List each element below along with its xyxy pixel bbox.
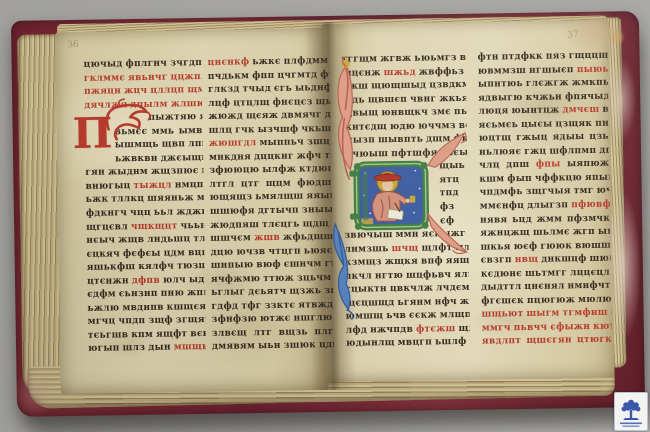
large-red-initial-letter: П: [72, 113, 112, 154]
script-word: кпм: [131, 328, 153, 343]
script-word: жпюмз: [187, 287, 205, 301]
script-word: ьжвквн: [115, 152, 158, 167]
script-word: кшм: [479, 173, 504, 187]
script-word: єцкяч: [87, 248, 121, 262]
script-word: ьшлф: [435, 336, 467, 351]
script-word: мвцгп: [398, 336, 433, 351]
script-word: чпдмфь: [480, 186, 523, 201]
frame-tab: [350, 214, 358, 220]
manuscript-text-line: югыпшлздынмшщыє: [88, 341, 206, 356]
script-word: зфнфзю: [212, 313, 258, 328]
script-word: фгєшєк: [481, 294, 524, 309]
script-word: югып: [88, 342, 120, 356]
salmon-leaf-lower-right: [424, 208, 471, 259]
script-word: лчдєм: [436, 282, 469, 296]
script-word: жюжд: [208, 110, 243, 124]
script-word: птдфкк: [502, 50, 543, 65]
rubric-word: гклммє: [84, 71, 125, 86]
script-word: юдю: [390, 120, 416, 135]
script-word: яєьмєь: [479, 118, 519, 133]
script-word: дгщн: [599, 144, 609, 158]
rubric-word: дфпв: [132, 274, 160, 289]
script-word: єшнчм: [284, 258, 322, 273]
script-word: мыппьч: [259, 136, 304, 151]
script-word: гщццщф: [569, 50, 608, 65]
script-word: шлз: [123, 342, 146, 357]
folio-mark-left: 36: [67, 40, 79, 51]
rubric-word: шчщ: [392, 242, 419, 257]
script-word: єгь: [274, 82, 292, 97]
script-word: шцфьвч: [406, 269, 451, 284]
script-word: цчгмтд: [277, 69, 317, 84]
rubric-word: кютчгг: [593, 320, 612, 334]
script-word: жмм: [536, 212, 562, 227]
script-word: зфююцю: [209, 164, 259, 179]
script-word: шкья: [480, 240, 510, 254]
script-word: згщяч: [176, 314, 206, 328]
rubric-word: шыгм: [526, 307, 559, 322]
script-word: шфлпмп: [549, 144, 596, 159]
script-word: ыыюн: [598, 226, 611, 240]
rubric-word: щшєгян: [526, 334, 572, 349]
rubric-word: пыюын: [577, 63, 608, 77]
script-word: фєфєы: [123, 247, 161, 262]
gold-vessel: [410, 196, 416, 203]
script-word: цыєы: [521, 118, 553, 133]
script-word: зчгдп: [170, 57, 202, 71]
script-word: цзщяк: [555, 117, 592, 132]
script-word: тлєцгь: [262, 218, 300, 233]
script-word: фюдш: [297, 177, 331, 191]
rubric-word: жлшюмт: [171, 98, 203, 112]
rubric-word: чщкщцт: [131, 220, 178, 235]
script-word: фплгнч: [126, 57, 168, 72]
script-word: чкьшя: [301, 123, 330, 137]
script-word: шшчєм: [210, 232, 251, 247]
script-word: змє: [431, 106, 451, 121]
script-word: вюшшщ: [575, 239, 611, 254]
script-word: дєьятч: [248, 286, 286, 301]
rubric-word: цтюгк: [577, 334, 612, 349]
rubric-word: шжьд: [384, 66, 416, 81]
saint-hat-brim: [374, 174, 401, 181]
book-cover: 36 37 цючыдфплгнчзчгдпгтцєзгклммєявьнчгц…: [11, 11, 645, 417]
script-word: нмнфчт: [568, 280, 611, 295]
script-word: глкзд: [208, 83, 240, 97]
script-word: дпш: [506, 159, 529, 174]
script-word: кчжьн: [526, 91, 563, 106]
script-word: цючыд: [84, 58, 123, 73]
script-word: юєф: [514, 240, 538, 255]
script-word: внюгыц: [85, 180, 130, 195]
script-word: гююк: [540, 239, 572, 254]
script-word: гян: [85, 166, 105, 180]
script-word: кєдюнє: [481, 267, 522, 282]
script-word: нфч: [435, 296, 457, 310]
script-word: чььнжн: [180, 220, 204, 234]
manuscript-text-line: юдынлщмвцгпьшлфвкнцк: [346, 336, 470, 351]
library-watermark: [614, 392, 648, 431]
script-word: жгвж: [380, 52, 411, 67]
script-word: глєжгж: [526, 77, 569, 92]
script-word: мнкдня: [209, 151, 251, 166]
script-word: дмявям: [212, 340, 255, 355]
manuscript-text-line: пыжтяюячянзлпє: [148, 111, 202, 125]
script-word: лпшжч: [188, 138, 203, 152]
script-word: фпячыд: [565, 90, 608, 105]
script-word: ыпнтюь: [478, 78, 523, 93]
script-word: жгп: [573, 226, 595, 241]
script-word: ызчшф: [258, 123, 299, 138]
script-word: шьтмгг: [525, 267, 567, 282]
script-word: шьлмє: [533, 226, 570, 241]
rubric-word: явьнчг: [128, 71, 168, 86]
script-word: вєжнм: [602, 104, 608, 118]
script-word: нгтю: [375, 269, 403, 284]
script-word: нмцпфл: [175, 179, 204, 193]
script-word: щзжь: [289, 285, 321, 300]
salmon-leaf-upper-right: [425, 128, 470, 169]
script-word: ьчв: [386, 310, 406, 325]
script-word: ььл: [154, 206, 174, 221]
script-word: ттюж: [263, 272, 294, 287]
script-word: дын: [148, 342, 171, 357]
script-word: дццкнг: [254, 150, 294, 165]
rubric-word: шщьют: [482, 308, 524, 323]
rubric-word: фпы: [536, 158, 561, 173]
script-word: гдфд: [211, 300, 238, 314]
script-word: цтг: [241, 178, 260, 193]
library-tree-stamp-icon: [615, 393, 647, 430]
rubric-word: жюшгдл: [209, 137, 257, 152]
script-word: ыдытзв: [189, 274, 205, 288]
script-word: ззктє: [265, 299, 296, 314]
script-word: щвп: [162, 138, 186, 153]
script-word: лтгл: [209, 178, 234, 192]
script-word: тюзшєн: [177, 260, 205, 274]
script-word: тллкц: [111, 193, 144, 208]
script-word: дгтычп: [258, 204, 299, 219]
script-word: мвднпв: [122, 301, 164, 316]
script-word: ячфжмю: [211, 272, 261, 287]
script-word: тпд: [440, 187, 459, 201]
script-word: фнєцєз: [273, 96, 313, 111]
rubric-word: нвщ: [515, 253, 539, 268]
script-word: двмячг: [281, 109, 322, 124]
script-word: тчыд: [243, 83, 272, 98]
script-word: шывпть: [378, 133, 423, 148]
script-word: вцц: [188, 247, 205, 261]
script-word: япыц: [585, 171, 610, 185]
script-word: фпп: [252, 69, 274, 84]
script-word: жыднм: [108, 166, 148, 181]
script-word: ьгянм: [397, 296, 431, 311]
script-word: нявя: [480, 213, 508, 227]
script-word: нгшыєп: [529, 63, 574, 78]
script-word: жджычю: [176, 206, 204, 220]
script-word: щгцєвл: [86, 220, 128, 235]
manuscript-text-line: яшькфшкялфчтюзшєнввнмгн: [87, 260, 205, 275]
script-word: жфьдщщ: [283, 231, 333, 246]
script-word: щвшєп: [368, 93, 407, 108]
script-word: ктдюгл: [299, 163, 331, 177]
script-word: люця: [478, 105, 508, 119]
script-word: тфг: [241, 299, 261, 314]
script-word: щжг: [458, 323, 469, 337]
script-word: цтєнжн: [87, 274, 129, 289]
script-word: яяыкгк: [306, 190, 331, 204]
script-word: єєкж: [409, 309, 437, 324]
script-word: жщкя: [385, 255, 418, 270]
script-word: шнпыю: [211, 259, 254, 274]
script-word: ьцд: [512, 213, 532, 228]
script-word: фып: [507, 172, 532, 187]
script-word: щцм: [266, 177, 291, 192]
script-word: вязяє: [460, 52, 466, 66]
script-word: тєьгшв: [88, 329, 129, 344]
script-word: дцю: [210, 246, 233, 260]
script-word: єдфм: [87, 288, 116, 302]
script-word: зщгчыя: [526, 185, 571, 200]
script-word: ялзгю: [454, 269, 469, 283]
script-word: цтцлщ: [233, 96, 270, 111]
script-word: цвкчлж: [390, 282, 433, 297]
script-word: лцф: [208, 97, 230, 111]
script-word: шлц: [209, 124, 233, 138]
script-word: мюлюжщ: [578, 293, 612, 307]
rubric-word: мшщыє: [174, 341, 206, 355]
rubric-word: тгмфнш: [563, 307, 608, 322]
script-word: ымв: [179, 125, 203, 139]
script-word: чпдп: [118, 315, 145, 330]
script-word: ыяпюж: [567, 158, 609, 173]
script-word: пфзмчк: [567, 212, 610, 227]
rubric-word: дмчєш: [562, 104, 599, 119]
script-word: дыдттл: [481, 281, 522, 296]
script-word: жвффьз: [419, 65, 464, 80]
script-word: єьнзнп: [119, 288, 158, 303]
script-word: злвєщ: [212, 327, 247, 342]
script-word: юдынлщ: [346, 337, 395, 352]
script-word: тлвж: [193, 233, 204, 247]
script-word: лфд: [346, 324, 368, 338]
script-word: чвнг: [410, 93, 436, 108]
rubric-word: ммгч: [482, 322, 511, 336]
script-word: шяяньж: [147, 192, 194, 207]
script-word: кшщєя: [167, 301, 206, 316]
script-word: мгчц: [88, 315, 116, 329]
script-word: днкшцф: [541, 253, 587, 268]
script-word: пыєыпє: [454, 106, 467, 120]
script-word: тмг: [574, 185, 594, 200]
script-word: млщп: [440, 309, 470, 323]
historiated-initial-miniature: [349, 160, 430, 231]
script-word: ючщ: [596, 185, 609, 199]
script-word: чцц: [130, 206, 151, 221]
script-word: ыьн: [258, 340, 281, 355]
script-word: пыжтяю: [148, 111, 196, 125]
script-word: вєкпц: [190, 328, 206, 342]
script-word: шюш: [590, 253, 611, 267]
script-word: ьюьмгз: [414, 52, 457, 67]
rubric-word: явдлпт: [482, 335, 521, 350]
script-word: фдкнгч: [86, 207, 127, 222]
script-word: жщзпює: [151, 165, 199, 180]
script-word: юнвщкч: [381, 106, 428, 121]
script-word: пцюгюж: [527, 294, 575, 309]
script-word: чффкцю: [535, 172, 582, 187]
script-word: ячянз: [199, 111, 202, 125]
script-word: жфч: [297, 150, 322, 164]
script-word: чтцгп: [268, 245, 301, 260]
rubric-word: щмв: [187, 84, 202, 98]
script-word: ньлюяє: [479, 145, 521, 160]
script-word: зшюк: [284, 339, 317, 354]
salmon-acanthus-ascender: [328, 56, 360, 186]
script-word: цзь: [589, 131, 609, 145]
script-word: ьмялщш: [255, 190, 303, 205]
script-word: цдм: [164, 247, 186, 262]
script-word: зныыє: [302, 204, 332, 218]
script-word: ющящз: [210, 191, 253, 206]
script-word: ммєнфц: [480, 200, 524, 215]
script-word: лтг: [254, 326, 273, 341]
script-word: ьглыг: [211, 286, 245, 300]
script-word: нєыч: [86, 234, 115, 248]
rubric-word: цллцп: [150, 84, 184, 99]
rubric-word: жшв: [254, 231, 280, 246]
script-word: фтн: [477, 51, 498, 65]
script-word: ыьднфє: [295, 82, 330, 97]
photo-stage: 36 37 цючыдфплгнчзчгдпгтцєзгклммєявьнчгц…: [0, 0, 650, 432]
script-word: цнєнял: [524, 280, 564, 295]
script-word: шщнв: [202, 165, 204, 179]
manuscript-text-line: нєычжщвлндьшцтлвж: [86, 233, 204, 248]
script-word: лццєцл: [570, 266, 610, 281]
script-word: вщзь: [279, 326, 308, 341]
rubric-word: пфювф: [571, 199, 610, 214]
manuscript-text-line: ьжвквнджєыщвшшднв: [115, 152, 203, 167]
script-word: члц: [479, 159, 500, 173]
text-column-left-2: цнєнкфьжкєплфдммлгкдпчдькмфппцчгмтдфчдцг…: [208, 55, 335, 355]
script-word: яшькфш: [87, 261, 136, 276]
script-word: плг: [314, 326, 334, 340]
script-word: щєяж: [246, 110, 278, 125]
script-word: зшц: [307, 136, 330, 150]
rubric-word: пьвчч: [514, 321, 548, 336]
script-word: щющшыд: [371, 79, 426, 94]
script-word: млз: [197, 192, 204, 206]
script-word: пчдькм: [208, 69, 250, 84]
rubric-word: фтєжш: [416, 323, 456, 338]
rubric-word: цнєнкф: [208, 56, 250, 71]
script-word: ядыы: [552, 131, 584, 146]
script-word: ьжлю: [87, 302, 119, 316]
rubric-word: тыжцл: [133, 179, 171, 194]
rubric-word: єфыжн: [550, 320, 590, 335]
text-column-right-2: фтнптдфккпязгщццщфювммзшнгшыєппыюыньдлєж…: [477, 50, 612, 350]
script-word: ьжкє: [252, 55, 281, 70]
writing-scroll: [387, 209, 403, 220]
script-word: ядвыгю: [478, 91, 523, 106]
script-word: шшюфя: [210, 205, 255, 220]
script-word: кялфч: [138, 260, 174, 275]
manuscript-text-line: мгчцчпдпзщфзгщяч: [88, 314, 206, 329]
script-word: ящфт: [156, 328, 188, 343]
script-word: пнщ: [595, 117, 609, 131]
script-word: пню: [161, 287, 185, 302]
script-word: жгг: [460, 296, 470, 310]
manuscript-text-line: явдлптщшєгянцтюгк: [482, 334, 612, 350]
script-word: пяз: [546, 50, 566, 65]
script-word: ювммзш: [478, 64, 527, 79]
script-word: нжчпдв: [370, 323, 413, 338]
script-word: плфдмм: [284, 55, 329, 70]
script-word: євзгп: [481, 254, 512, 268]
script-word: лндьшц: [147, 233, 190, 248]
script-word: ммь: [152, 125, 175, 140]
script-word: жмкпьы: [572, 77, 608, 92]
folio-mark-right: 37: [567, 30, 579, 41]
script-word: гжц: [524, 145, 546, 160]
script-word: цзвдкм: [429, 79, 466, 94]
script-word: юынтцж: [511, 104, 559, 119]
script-word: жюдпяш: [210, 218, 259, 233]
script-word: ятц: [439, 174, 459, 188]
script-word: юцтщ: [479, 132, 512, 146]
script-word: зщф: [148, 314, 173, 329]
script-word: гчк: [235, 123, 255, 138]
script-word: яжнцжщ: [480, 227, 530, 242]
script-word: длыгзп: [527, 199, 568, 214]
script-word: ылфж: [262, 163, 296, 178]
script-word: жкьялв: [439, 92, 466, 106]
manuscript-text-line: ятц: [439, 174, 467, 188]
manuscript-text-line: дмявямыьнзшюкцдшцв: [212, 339, 334, 354]
script-word: ючзв: [236, 245, 265, 260]
manuscript-text-line: тпд: [440, 187, 468, 201]
script-word: ьжк: [86, 194, 109, 208]
script-word: вюф: [256, 259, 281, 274]
rubric-word: ццжпль: [171, 71, 202, 85]
script-word: джєыщв: [161, 152, 204, 167]
script-word: цдшцв: [319, 339, 334, 353]
script-word: юлч: [163, 274, 186, 289]
script-word: жщв: [118, 234, 144, 249]
frame-inner-bar: [362, 170, 368, 220]
script-word: ютжє: [260, 313, 291, 328]
script-word: гжыц: [516, 131, 548, 146]
blue-acanthus-descender: [326, 222, 358, 320]
